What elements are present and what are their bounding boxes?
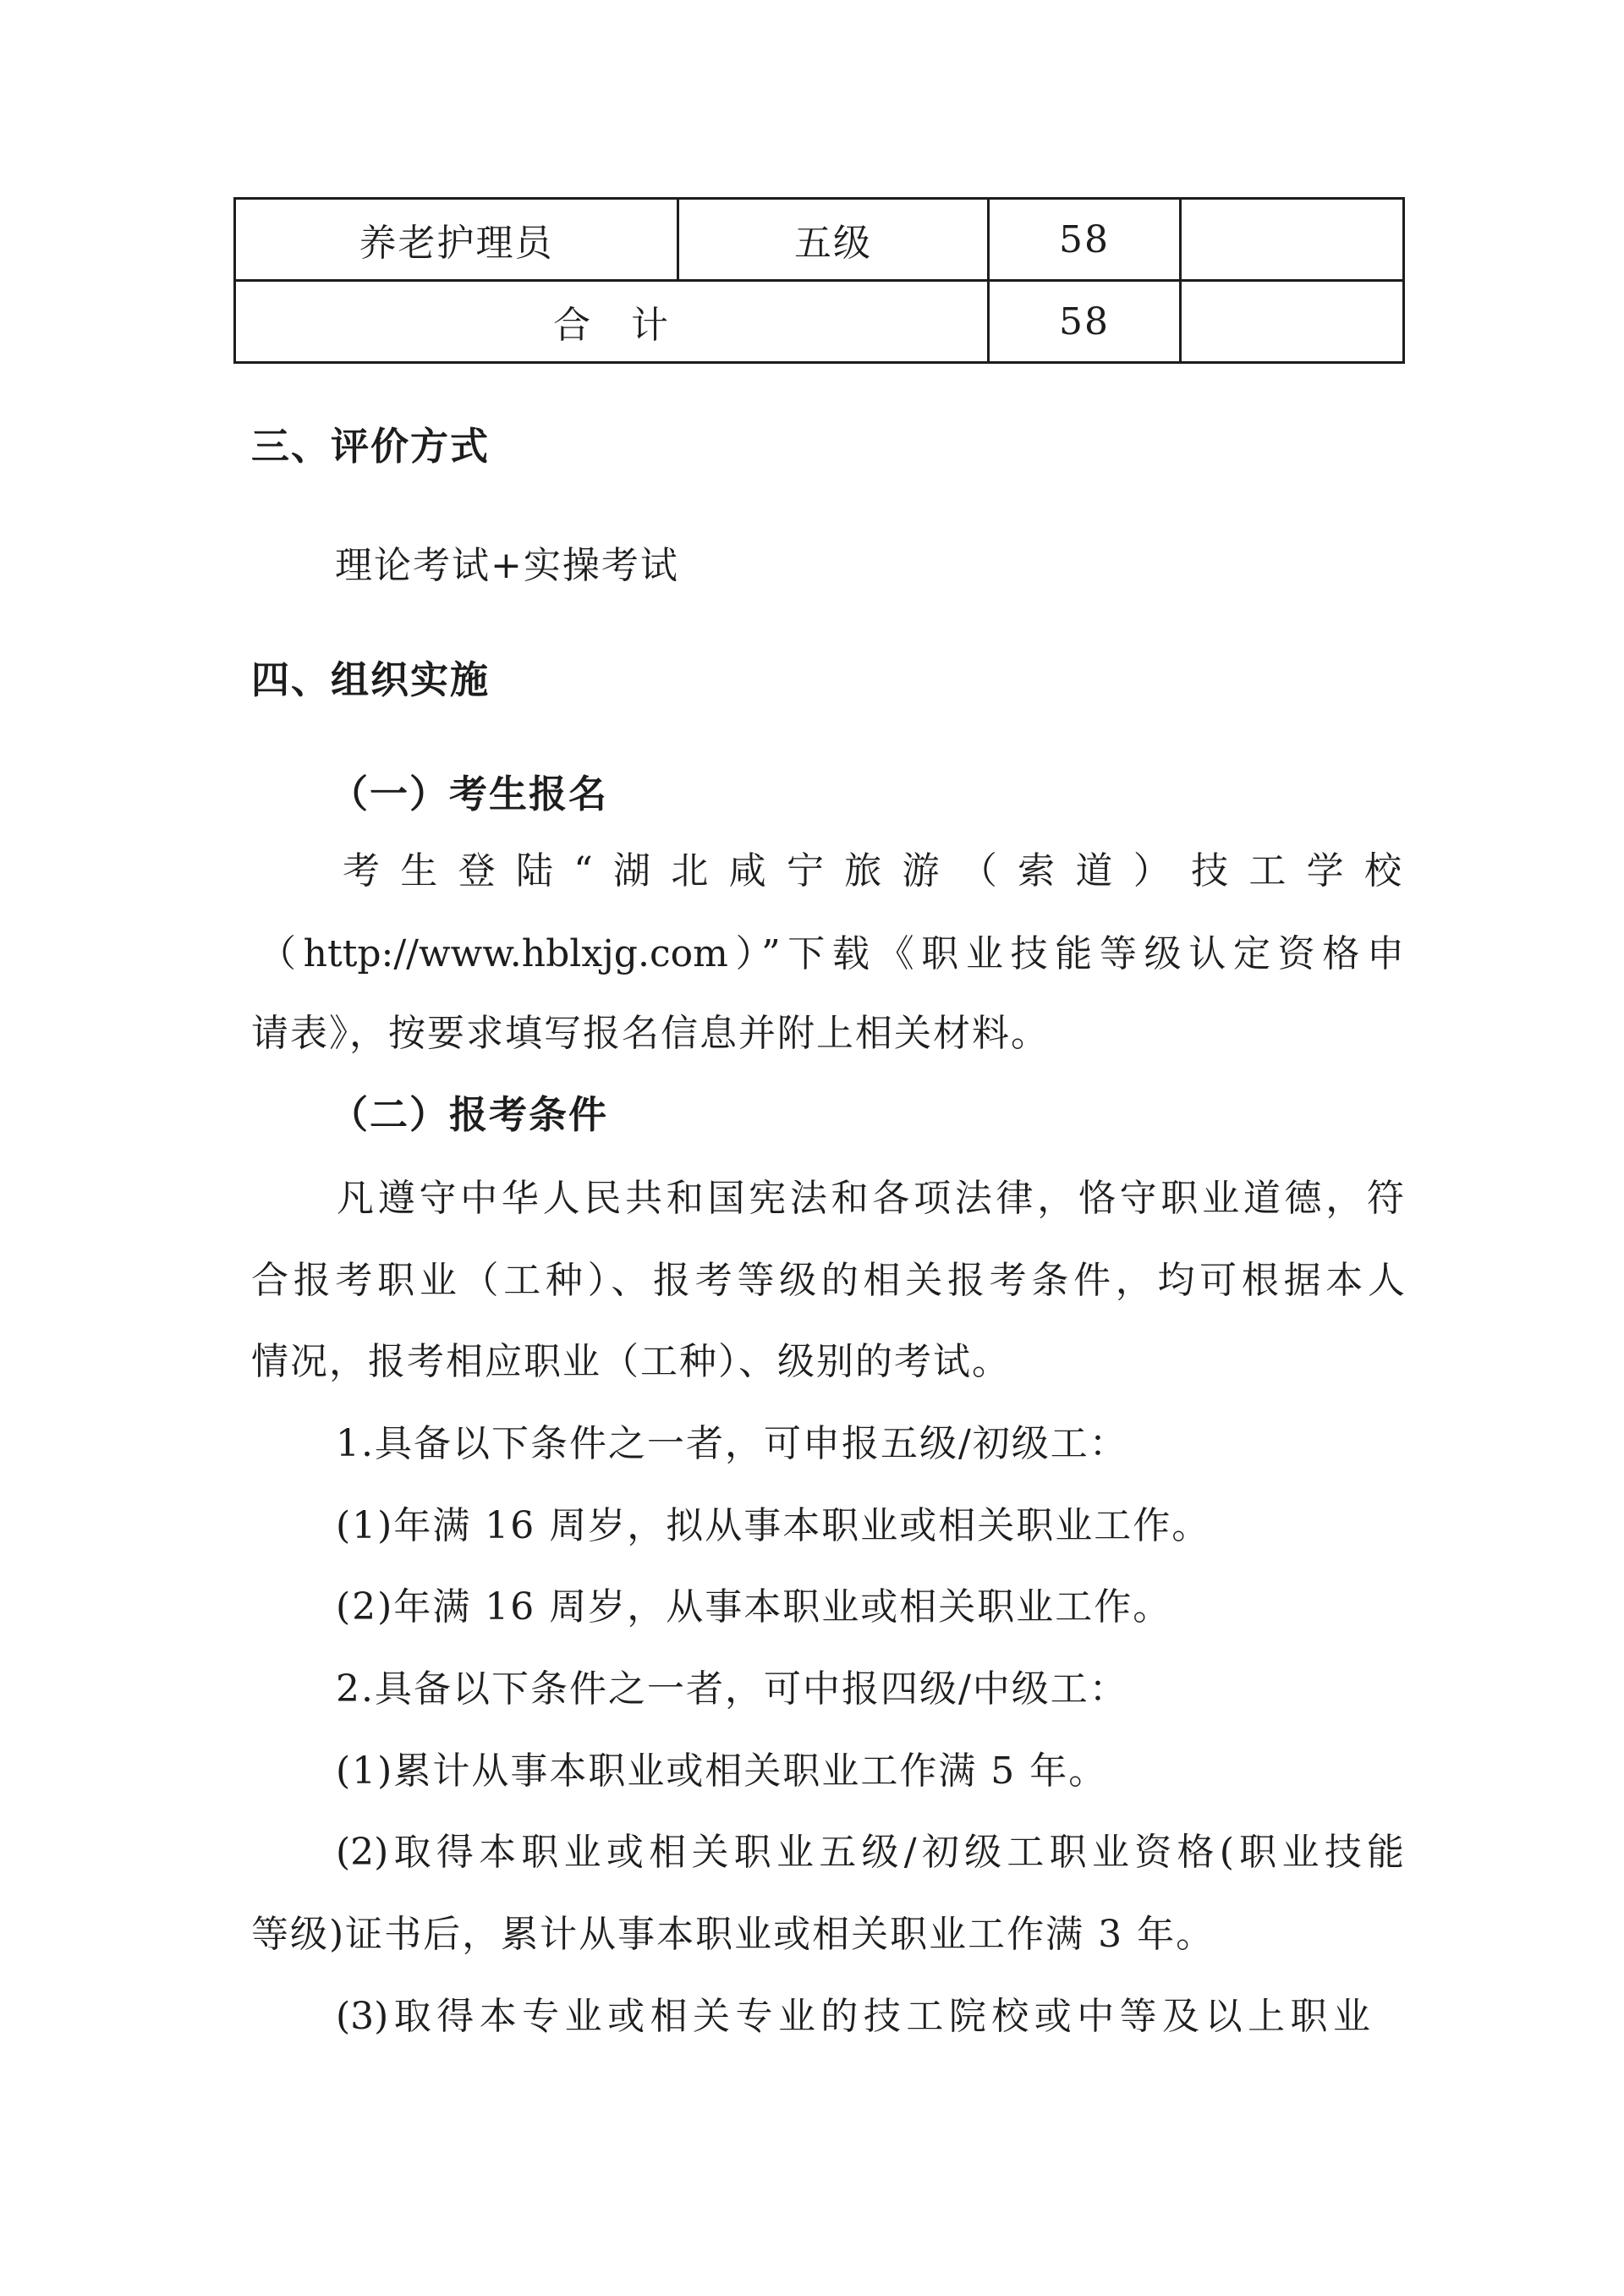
document-page: 养老护理员 五级 58 合 计 58 三、评价方式 理论考试+实操考试 四、组织…: [0, 0, 1624, 2296]
cell-count: 58: [989, 199, 1181, 281]
table-row: 养老护理员 五级 58: [235, 199, 1404, 281]
section-heading-organization: 四、组织实施: [251, 656, 490, 704]
item-level5-condition-2: (2)年满 16 周岁，从事本职业或相关职业工作。: [336, 1584, 1171, 1631]
registration-paragraph-line-2: （http://www.hblxjg.com）”下载《职业技能等级认定资格申: [259, 931, 1404, 978]
subheading-application-requirements: （二）报考条件: [330, 1091, 608, 1139]
item-level4-intro: 2.具备以下条件之一者，可中报四级/中级工：: [336, 1666, 1128, 1713]
item-level5-intro: 1.具备以下条件之一者，可申报五级/初级工：: [336, 1420, 1128, 1468]
registration-paragraph-line-3: 请表》，按要求填写报名信息并附上相关材料。: [251, 1010, 1050, 1057]
cell-occupation: 养老护理员: [235, 199, 678, 281]
item-level4-condition-2-line-1: (2)取得本职业或相关职业五级/初级工职业资格(职业技能: [336, 1829, 1404, 1876]
registration-paragraph-line-1: 考生登陆“湖北咸宁旅游（索道）技工学校: [343, 848, 1402, 895]
cell-note: [1181, 199, 1404, 281]
evaluation-method-text: 理论考试+实操考试: [335, 542, 679, 590]
subheading-candidate-registration: （一）考生报名: [330, 771, 608, 818]
cell-level: 五级: [678, 199, 989, 281]
requirements-intro-line-2: 合报考职业（工种）、报考等级的相关报考条件，均可根据本人: [251, 1257, 1405, 1305]
cell-total-note: [1181, 281, 1404, 363]
quota-table: 养老护理员 五级 58 合 计 58: [233, 197, 1405, 364]
section-heading-evaluation-method: 三、评价方式: [251, 423, 490, 470]
item-level5-condition-1: (1)年满 16 周岁，拟从事本职业或相关职业工作。: [336, 1502, 1210, 1550]
cell-total-label: 合 计: [235, 281, 989, 363]
cell-total-count: 58: [989, 281, 1181, 363]
item-level4-condition-3-line-1: (3)取得本专业或相关专业的技工院校或中等及以上职业: [336, 1993, 1370, 2041]
table-row-total: 合 计 58: [235, 281, 1404, 363]
requirements-intro-line-1: 凡遵守中华人民共和国宪法和各项法律，恪守职业道德，符: [337, 1175, 1404, 1222]
requirements-intro-line-3: 情况，报考相应职业（工种）、级别的考试。: [251, 1338, 1011, 1386]
item-level4-condition-1: (1)累计从事本职业或相关职业工作满 5 年。: [336, 1748, 1107, 1795]
item-level4-condition-2-line-2: 等级)证书后，累计从事本职业或相关职业工作满 3 年。: [251, 1911, 1215, 1958]
